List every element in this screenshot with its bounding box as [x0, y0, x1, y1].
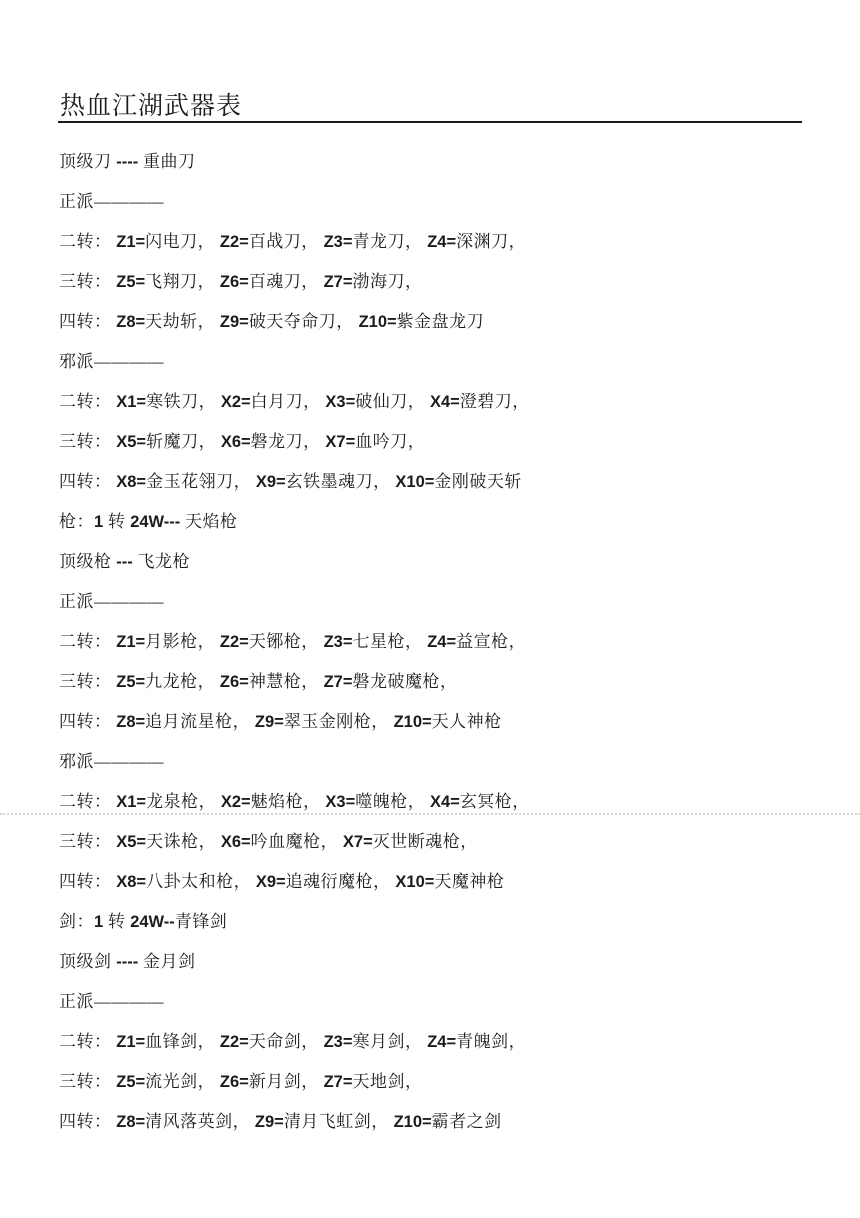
doc-line-sword-z4turn: 四转： Z8=清风落英剑， Z9=清月飞虹剑， Z10=霸者之剑: [59, 1102, 820, 1142]
doc-line-sword-z2turn: 二转： Z1=血锋剑， Z2=天命剑， Z3=寒月剑， Z4=青魄剑，: [59, 1022, 820, 1062]
doc-line-spear-z3turn: 三转： Z5=九龙枪， Z6=神慧枪， Z7=磐龙破魔枪，: [59, 662, 820, 702]
page-break-dotted-line: [0, 813, 860, 815]
doc-line-spear-z2turn: 二转： Z1=月影枪， Z2=天铘枪， Z3=七星枪， Z4=益宣枪，: [59, 622, 820, 662]
doc-line-blade-z4turn: 四转： Z8=天劫斩， Z9=破天夺命刀， Z10=紫金盘龙刀: [59, 302, 820, 342]
document-body: 顶级刀 ---- 重曲刀 正派———— 二转： Z1=闪电刀， Z2=百战刀， …: [59, 142, 820, 1142]
doc-line-spear-x2turn: 二转： X1=龙泉枪， X2=魅焰枪， X3=噬魄枪， X4=玄冥枪，: [59, 782, 820, 822]
doc-line-top-spear: 顶级枪 --- 飞龙枪: [59, 542, 820, 582]
doc-line-sword-z3turn: 三转： Z5=流光剑， Z6=新月剑， Z7=天地剑，: [59, 1062, 820, 1102]
doc-line-sword-1turn: 剑：1 转 24W--青锋剑: [59, 902, 820, 942]
doc-line-faction-xie: 邪派————: [59, 742, 820, 782]
doc-line-spear-z4turn: 四转： Z8=追月流星枪， Z9=翠玉金刚枪， Z10=天人神枪: [59, 702, 820, 742]
page-title: 热血江湖武器表: [60, 86, 242, 122]
doc-line-spear-x3turn: 三转： X5=天诛枪， X6=吟血魔枪， X7=灭世断魂枪，: [59, 822, 820, 862]
doc-line-faction-zheng: 正派————: [59, 582, 820, 622]
doc-line-blade-x4turn: 四转： X8=金玉花翎刀， X9=玄铁墨魂刀， X10=金刚破天斩: [59, 462, 820, 502]
doc-line-top-blade: 顶级刀 ---- 重曲刀: [59, 142, 820, 182]
doc-line-faction-xie: 邪派————: [59, 342, 820, 382]
doc-line-blade-z3turn: 三转： Z5=飞翔刀， Z6=百魂刀， Z7=渤海刀，: [59, 262, 820, 302]
document-page: 热血江湖武器表 顶级刀 ---- 重曲刀 正派———— 二转： Z1=闪电刀， …: [0, 0, 860, 1218]
doc-line-spear-x4turn: 四转： X8=八卦太和枪， X9=追魂衍魔枪， X10=天魔神枪: [59, 862, 820, 902]
doc-line-spear-1turn: 枪：1 转 24W--- 天焰枪: [59, 502, 820, 542]
doc-line-blade-z2turn: 二转： Z1=闪电刀， Z2=百战刀， Z3=青龙刀， Z4=深渊刀，: [59, 222, 820, 262]
title-underline-rule: [58, 121, 802, 123]
doc-line-blade-x3turn: 三转： X5=斩魔刀， X6=磐龙刀， X7=血吟刀，: [59, 422, 820, 462]
doc-line-top-sword: 顶级剑 ---- 金月剑: [59, 942, 820, 982]
doc-line-faction-zheng: 正派————: [59, 182, 820, 222]
doc-line-faction-zheng: 正派————: [59, 982, 820, 1022]
doc-line-blade-x2turn: 二转： X1=寒铁刀， X2=白月刀， X3=破仙刀， X4=澄碧刀，: [59, 382, 820, 422]
